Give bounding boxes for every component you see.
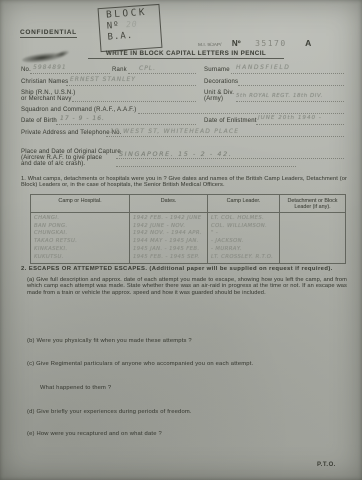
table-row-leader: LT. COL. HOLMES.	[211, 215, 276, 223]
table-row-leader: " -	[211, 230, 276, 238]
question-1-text: 1. What camps, detachments or hospitals …	[21, 176, 347, 189]
reference-number: M.I. 9/JAP/ Nº 35170 A	[198, 33, 311, 51]
header-detachment-leader: Detachment or Block Leader (if any).	[279, 195, 345, 212]
dotted-line	[236, 101, 344, 102]
ref-no-label: Nº	[232, 39, 241, 48]
table-row-leader: LT. CROSSLEY. R.T.O.	[211, 254, 276, 262]
table-row-camp: KUKUTSU.	[34, 254, 126, 262]
field-capture-label-line3: and date of a/c crash).	[21, 161, 85, 167]
field-rank-value: CPL.	[139, 65, 156, 72]
table-row-camp: CHANGI.	[34, 215, 126, 223]
dotted-line	[238, 85, 344, 86]
header-dates: Dates.	[129, 195, 207, 212]
dotted-line	[231, 73, 344, 74]
field-unit-value: 5th ROYAL REGT. 18th DIV.	[236, 93, 323, 99]
table-row-camp: KINKASEKI.	[34, 246, 126, 254]
dotted-line	[30, 73, 110, 74]
field-address-value: 12 WEST ST, WHITEHEAD PLACE	[110, 128, 239, 135]
table-row-leader: COL. WILLIAMSON.	[211, 223, 276, 231]
question-2d-text: (d) Give briefly your experiences during…	[27, 409, 192, 415]
field-surname-value: HANDSFIELD	[236, 64, 291, 71]
field-date-of-birth-value: 17 - 9 - 16.	[60, 115, 105, 122]
field-capture-value: SINGAPORE. 15 - 2 - 42.	[119, 150, 232, 158]
scanned-form-page: CONFIDENTIAL BLOCK Nº 20 B.A. M.I. 9/JAP…	[0, 0, 362, 480]
field-date-of-birth-label: Date of Birth	[21, 118, 57, 124]
table-row-dates: 1944 MAY - 1945 JAN.	[133, 238, 204, 246]
table-row-camp: CHUNGKAI.	[34, 230, 126, 238]
camps-table-header-row: Camp or Hospital. Dates. Camp Leader. De…	[31, 195, 345, 213]
question-2a-text: (a) Give full description and approx. da…	[27, 277, 347, 296]
question-2b-text: (b) Were you physically fit when you mad…	[27, 338, 192, 344]
camps-table-body: CHANGI. BAN PONG. CHUNGKAI. TAKAO RETSU.…	[31, 213, 345, 263]
stamp-no-value: 20	[126, 19, 138, 29]
table-row-dates: 1945 JAN. - 1945 FEB.	[133, 246, 204, 254]
column-camp-leader: LT. COL. HOLMES. COL. WILLIAMSON. " - - …	[207, 213, 279, 263]
ref-prefix: M.I. 9/JAP/	[198, 43, 221, 48]
stamp-no-label: Nº	[106, 21, 120, 32]
table-row-dates: 1945 FEB. - 1945 SEP.	[133, 254, 204, 262]
ref-number-value: 35170	[255, 39, 287, 48]
table-row-dates: 1942 NOV. - 1944 APR.	[133, 230, 204, 238]
table-row-leader: - MURRAY.	[211, 246, 276, 254]
question-2-heading: 2. ESCAPES OR ATTEMPTED ESCAPES. (Additi…	[21, 266, 333, 272]
field-squadron-label: Squadron and Command (R.A.F., A.A.F.)	[21, 107, 136, 113]
column-dates: 1942 FEB. - 1942 JUNE 1942 JUNE - NOV. 1…	[129, 213, 207, 263]
field-date-of-enlistment-value: JUNE 20th 1940 -	[258, 115, 322, 121]
dotted-line	[116, 166, 296, 167]
field-decorations-label: Decorations	[204, 79, 238, 85]
block-stamp: BLOCK Nº 20 B.A.	[98, 4, 163, 52]
dotted-line	[66, 85, 196, 86]
table-row-camp: BAN PONG.	[34, 223, 126, 231]
field-unit-label-line2: (Army)	[204, 96, 223, 102]
table-row-camp: TAKAO RETSU.	[34, 238, 126, 246]
pto-label: P.T.O.	[317, 462, 336, 468]
dotted-line	[138, 113, 344, 114]
field-rank-label: Rank	[112, 67, 127, 73]
dotted-line	[128, 73, 196, 74]
field-date-of-enlistment-label: Date of Enlistment	[204, 118, 257, 124]
header-camp-or-hospital: Camp or Hospital.	[31, 195, 129, 212]
ref-series: A	[305, 38, 311, 48]
question-2c-followup-text: What happened to them ?	[40, 385, 111, 391]
field-christian-names-label: Christian Names	[21, 79, 68, 85]
dotted-line	[72, 101, 196, 102]
dotted-line	[106, 136, 344, 137]
table-row-dates: 1942 JUNE - NOV.	[133, 223, 204, 231]
column-detachment-leader	[279, 213, 345, 263]
question-2e-text: (e) How were you recaptured and on what …	[27, 431, 162, 437]
question-2c-text: (c) Give Regimental particulars of anyon…	[27, 361, 253, 367]
field-christian-names-value: ERNEST STANLEY	[70, 76, 136, 83]
table-row-dates: 1942 FEB. - 1942 JUNE	[133, 215, 204, 223]
confidential-label: CONFIDENTIAL	[20, 29, 77, 38]
table-row-leader: - JACKSON.	[211, 238, 276, 246]
camps-table: Camp or Hospital. Dates. Camp Leader. De…	[30, 194, 346, 264]
dotted-line	[56, 124, 196, 125]
dotted-line	[256, 124, 344, 125]
form-instruction-header: WRITE IN BLOCK CAPITAL LETTERS IN PENCIL	[88, 50, 284, 59]
field-no-value: 5984891	[33, 64, 67, 71]
field-surname-label: Surname	[204, 67, 230, 73]
column-camps: CHANGI. BAN PONG. CHUNGKAI. TAKAO RETSU.…	[31, 213, 129, 263]
field-ship-label-line2: or Merchant Navy	[21, 96, 72, 102]
header-camp-leader: Camp Leader.	[207, 195, 279, 212]
dotted-line	[116, 158, 344, 159]
